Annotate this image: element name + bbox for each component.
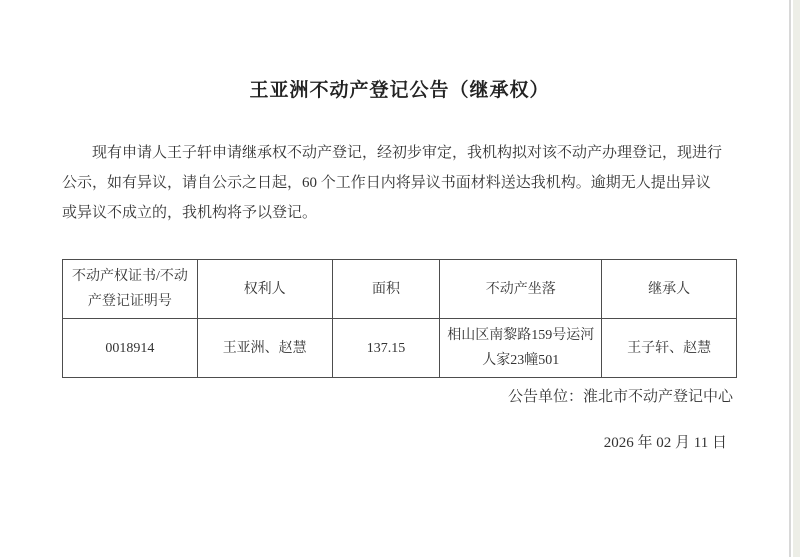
notice-body-line-2: 公示，如有异议，请自公示之日起，60 个工作日内将异议书面材料送达我机构。逾期无…	[62, 168, 737, 198]
header-cell-cert-number: 不动产权证书/不动产登记证明号	[63, 260, 198, 319]
table-row: 0018914 王亚洲、赵慧 137.15 相山区南黎路159号运河人家23幢5…	[63, 319, 737, 378]
cell-heir: 王子轩、赵慧	[602, 319, 737, 378]
cell-area: 137.15	[332, 319, 440, 378]
header-cell-right-holder: 权利人	[197, 260, 332, 319]
page-edge-line	[789, 0, 791, 557]
table-header-row: 不动产权证书/不动产登记证明号 权利人 面积 不动产坐落 继承人	[63, 260, 737, 319]
cell-location: 相山区南黎路159号运河人家23幢501	[440, 319, 602, 378]
notice-body: 现有申请人王子轩申请继承权不动产登记，经初步审定，我机构拟对该不动产办理登记，现…	[62, 138, 737, 228]
issuer-line: 公告单位：淮北市不动产登记中心	[62, 386, 737, 408]
page-title: 王亚洲不动产登记公告（继承权）	[62, 76, 737, 106]
announcement-page: 王亚洲不动产登记公告（继承权） 现有申请人王子轩申请继承权不动产登记，经初步审定…	[0, 0, 800, 557]
header-cell-area: 面积	[332, 260, 440, 319]
cell-right-holder: 王亚洲、赵慧	[197, 319, 332, 378]
announcement-content: 王亚洲不动产登记公告（继承权） 现有申请人王子轩申请继承权不动产登记，经初步审定…	[62, 0, 737, 454]
cell-cert-number: 0018914	[63, 319, 198, 378]
header-cell-heir: 继承人	[602, 260, 737, 319]
announcement-table: 不动产权证书/不动产登记证明号 权利人 面积 不动产坐落 继承人 0018914…	[62, 259, 737, 378]
notice-body-line-1: 现有申请人王子轩申请继承权不动产登记，经初步审定，我机构拟对该不动产办理登记，现…	[62, 138, 737, 168]
date-line: 2026 年 02 月 11 日	[62, 432, 737, 454]
notice-body-line-3: 或异议不成立的，我机构将予以登记。	[62, 198, 737, 228]
header-cell-location: 不动产坐落	[440, 260, 602, 319]
page-edge-strip	[793, 0, 800, 557]
